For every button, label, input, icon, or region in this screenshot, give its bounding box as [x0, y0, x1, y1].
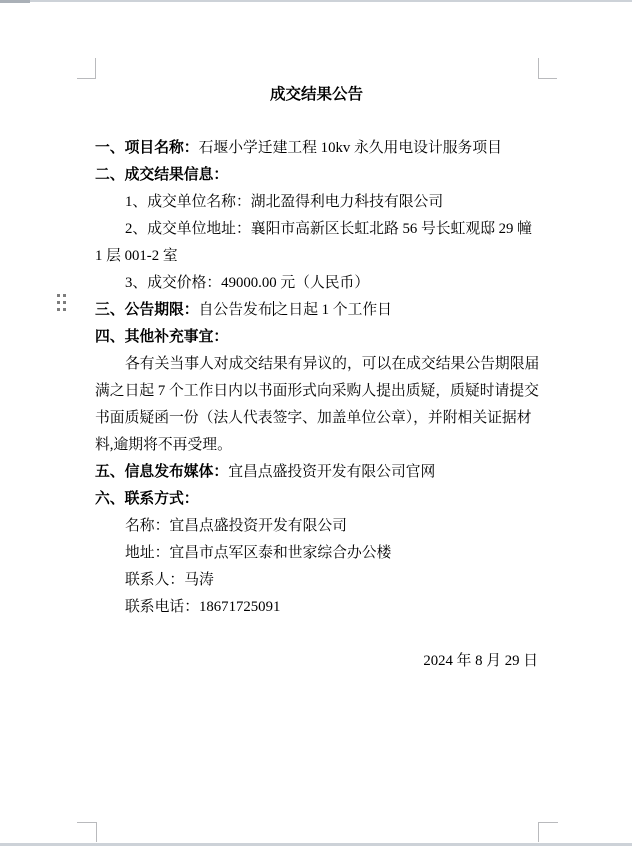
doc-line: 联系电话：18671725091 — [95, 594, 538, 621]
doc-line — [95, 108, 538, 135]
doc-line: 六、联系方式： — [95, 486, 538, 513]
doc-line: 1、成交单位名称：湖北盈得利电力科技有限公司 — [95, 189, 538, 216]
page-top-edge — [0, 0, 632, 2]
text-run: 2、成交单位地址：襄阳市高新区长虹北路 56 号长虹观邸 29 幢 — [125, 221, 532, 237]
text-run: 名称：宜昌点盛投资开发有限公司 — [125, 518, 347, 534]
doc-line: 四、其他补充事宜： — [95, 324, 538, 351]
text-run: 书面质疑函一份（法人代表签字、加盖单位公章），并附相关证据材 — [95, 410, 532, 426]
drag-dot — [63, 308, 66, 311]
doc-line — [95, 621, 538, 648]
doc-line: 料,逾期将不再受理。 — [95, 432, 538, 459]
doc-line: 1 层 001-2 室 — [95, 243, 538, 270]
page-top-edge-corner — [0, 0, 30, 3]
text-run: 成交结果公告 — [270, 86, 363, 103]
crop-mark-top-left — [77, 58, 96, 79]
doc-line: 联系人：马涛 — [95, 567, 538, 594]
doc-line: 地址：宜昌市点军区泰和世家综合办公楼 — [95, 540, 538, 567]
text-run: 三、公告期限： — [95, 302, 199, 318]
text-run: 各有关当事人对成交结果有异议的，可以在成交结果公告期限届 — [125, 356, 539, 372]
text-run: 宜昌点盛投资开发有限公司官网 — [228, 464, 435, 480]
text-run: 满之日起 7 个工作日内以书面形式向采购人提出质疑，质疑时请提交 — [95, 383, 539, 399]
text-run: 四、其他补充事宜： — [95, 329, 228, 345]
text-run: 自公告发布 — [199, 302, 273, 318]
doc-line: 各有关当事人对成交结果有异议的，可以在成交结果公告期限届 — [95, 351, 538, 378]
text-run: 地址：宜昌市点军区泰和世家综合办公楼 — [125, 545, 391, 561]
document-content[interactable]: 成交结果公告 一、项目名称：石堰小学迁建工程 10kv 永久用电设计服务项目二、… — [95, 81, 538, 675]
text-run: 3、成交价格：49000.00 元（人民币） — [125, 275, 369, 291]
crop-mark-top-right — [538, 58, 557, 79]
text-run: 二、成交结果信息： — [95, 167, 228, 183]
doc-line: 2024 年 8 月 29 日 — [95, 648, 538, 675]
crop-mark-bottom-right — [538, 822, 558, 842]
drag-dot — [63, 294, 66, 297]
text-run: 1 层 001-2 室 — [95, 248, 178, 264]
doc-line: 满之日起 7 个工作日内以书面形式向采购人提出质疑，质疑时请提交 — [95, 378, 538, 405]
text-run: 1、成交单位名称：湖北盈得利电力科技有限公司 — [125, 194, 443, 210]
doc-line: 二、成交结果信息： — [95, 162, 538, 189]
drag-dot — [57, 301, 60, 304]
crop-mark-bottom-left — [77, 822, 97, 842]
text-run: 石堰小学迁建工程 10kv 永久用电设计服务项目 — [199, 140, 502, 156]
text-run: 六、联系方式： — [95, 491, 199, 507]
doc-line: 三、公告期限：自公告发布之日起 1 个工作日 — [95, 297, 538, 324]
doc-line: 2、成交单位地址：襄阳市高新区长虹北路 56 号长虹观邸 29 幢 — [95, 216, 538, 243]
doc-line: 3、成交价格：49000.00 元（人民币） — [95, 270, 538, 297]
drag-handle-icon[interactable] — [57, 294, 66, 311]
text-run: 料,逾期将不再受理。 — [95, 437, 232, 453]
text-run: 联系电话：18671725091 — [125, 599, 280, 615]
text-run: 五、信息发布媒体： — [95, 464, 228, 480]
doc-line: 一、项目名称：石堰小学迁建工程 10kv 永久用电设计服务项目 — [95, 135, 538, 162]
doc-line: 成交结果公告 — [95, 81, 538, 108]
doc-line: 五、信息发布媒体：宜昌点盛投资开发有限公司官网 — [95, 459, 538, 486]
doc-line: 书面质疑函一份（法人代表签字、加盖单位公章），并附相关证据材 — [95, 405, 538, 432]
text-run: 之日起 1 个工作日 — [274, 302, 392, 318]
word-page: { "colors": { "page_background": "#fffff… — [0, 0, 632, 846]
drag-dot — [57, 294, 60, 297]
text-run: 2024 年 8 月 29 日 — [423, 653, 538, 669]
text-run: 一、项目名称： — [95, 140, 199, 156]
doc-line: 名称：宜昌点盛投资开发有限公司 — [95, 513, 538, 540]
text-run: 联系人：马涛 — [125, 572, 214, 588]
drag-dot — [57, 308, 60, 311]
drag-dot — [63, 301, 66, 304]
